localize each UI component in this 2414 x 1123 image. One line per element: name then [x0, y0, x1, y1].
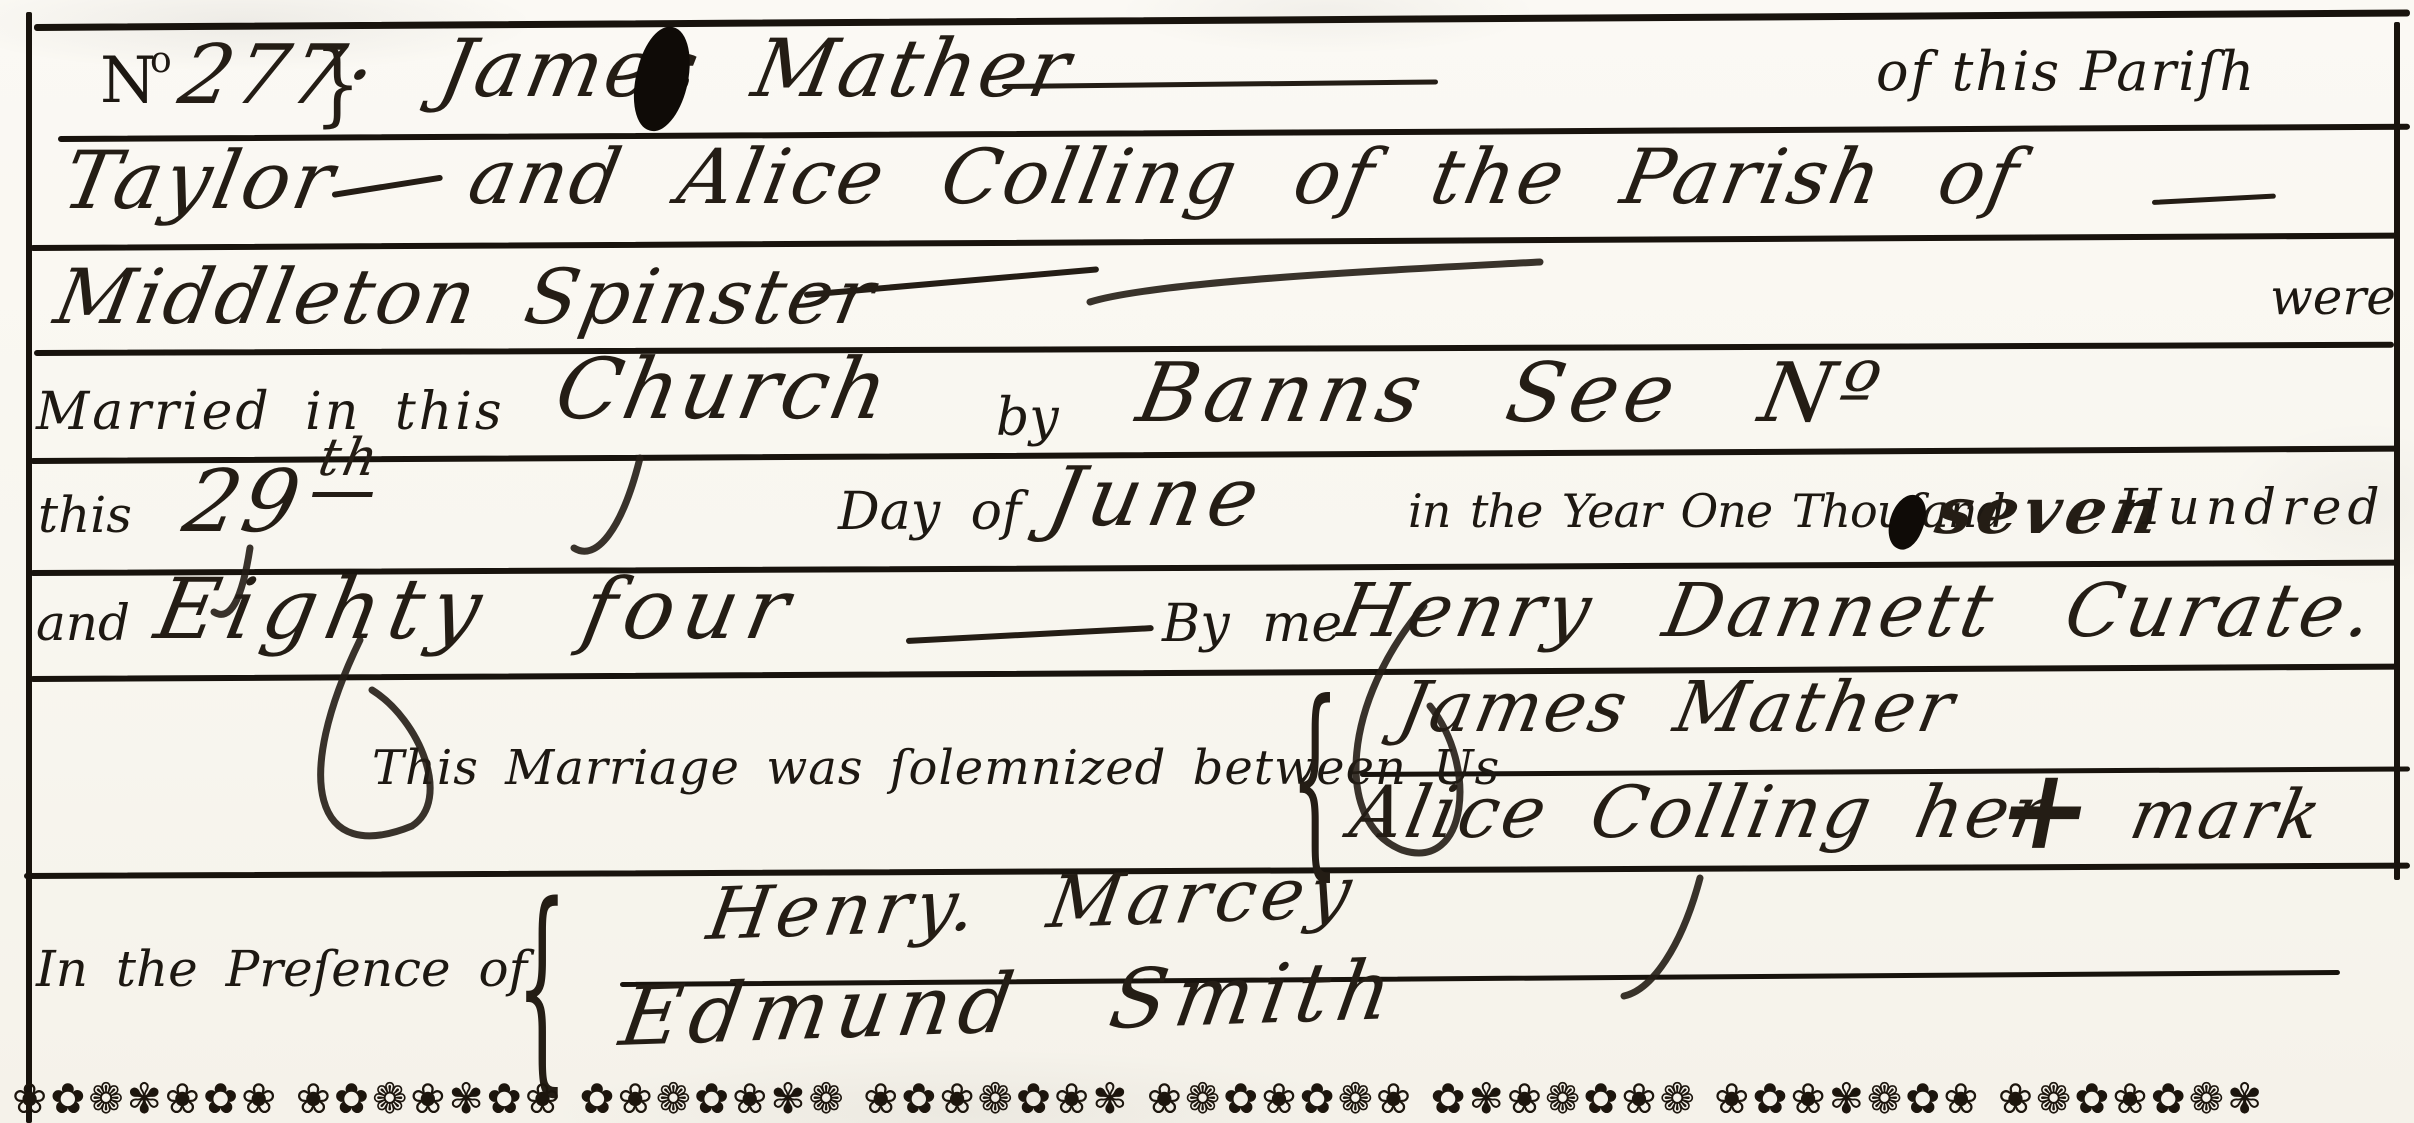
dash-after-parish-of — [2152, 194, 2276, 205]
ornament-border-row: ❀✿❁✾❀✿❀ ❀✿❁❀✾✿❀ ✿❀❁✿❀✾❁ ❀✿❀❁✿❀✾ ❀❁✿❀✿❁❀ … — [12, 1074, 2404, 1123]
presence-label: In the Preſence of — [36, 940, 527, 998]
year-tens-value: Eighty four — [148, 560, 806, 658]
officiant-signature: Henry Dannett Curate. — [1332, 568, 2384, 654]
day-suffix: th — [312, 428, 386, 497]
this-label: this — [38, 486, 132, 544]
record-number-brace: } — [314, 40, 361, 130]
groom-name: James Mather — [432, 22, 1080, 115]
ruled-line-2 — [30, 233, 2400, 251]
record-number-prefix: N — [100, 44, 156, 118]
hundred-label: Hundred — [2118, 478, 2386, 536]
marriage-place: Church — [548, 340, 899, 438]
by-label: by — [996, 388, 1059, 448]
day-of-label: Day of — [838, 482, 1021, 542]
marriage-method: Banns See Nº — [1130, 346, 1893, 441]
ruled-line-6 — [30, 664, 2400, 682]
dash-after-occupation — [332, 175, 444, 198]
marriage-register-page: N o 277· } James Mather of this Pariſh T… — [0, 0, 2414, 1123]
record-number-ordinal: o — [150, 40, 172, 81]
and-label: and — [36, 594, 130, 652]
married-in-this-label: Married in this — [36, 382, 505, 442]
witness1-signature: Henry. Marcey — [702, 850, 1362, 956]
ruled-line-top — [34, 9, 2410, 31]
groom-occupation: Taylor — [56, 134, 344, 227]
bride-name-line: and Alice Colling of the Parish of — [462, 132, 2028, 221]
bride-abode: Middleton Spinster — [48, 252, 884, 341]
witness-brace: { — [516, 876, 568, 1097]
bride-mark-cross: + — [1986, 744, 2108, 875]
left-border-line — [26, 12, 32, 1123]
month-value: June — [1040, 450, 1273, 545]
bride-signature: Alice Colling her — [1344, 770, 2057, 854]
day-value: 29 — [176, 452, 311, 552]
groom-signature: James Mather — [1392, 666, 1963, 748]
witness2-signature: Edmund Smith — [614, 943, 1406, 1065]
by-me-label: By me — [1162, 594, 1342, 654]
bride-mark-word: mark — [2124, 776, 2330, 855]
groom-parish-label: of this Pariſh — [1876, 40, 2256, 103]
dash-after-year — [906, 625, 1154, 644]
were-label: were — [2270, 268, 2396, 326]
